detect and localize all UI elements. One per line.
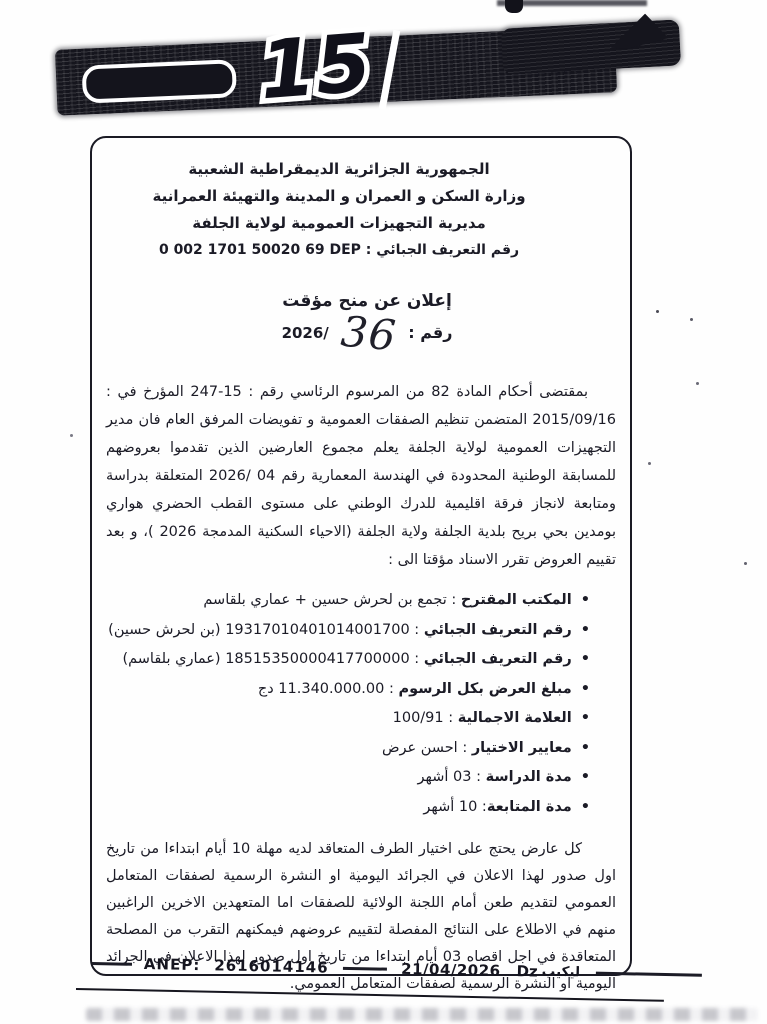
detail-separator: : <box>410 622 424 638</box>
detail-value: 18515350000417700000 (عماري بلقاسم) <box>122 651 409 667</box>
republic-line: الجمهورية الجزائرية الديمقراطية الشعبية <box>84 156 594 183</box>
detail-label: معايير الاختيار <box>472 740 572 756</box>
page-number-banner: 15 15 <box>50 8 660 120</box>
detail-label: مدة المتابعة <box>487 799 572 815</box>
number-year: 2026/ <box>282 318 329 348</box>
list-item-followup-duration: مدة المتابعة: 10 أشهر <box>106 793 590 823</box>
tax-id-line: رقم التعريف الجبائي : 0 002 1701 50020 6… <box>84 237 594 264</box>
number-label: رقم : <box>408 318 452 348</box>
detail-value: 100/91 <box>393 710 444 726</box>
title-block: إعلان عن منح مؤقت رقم : 36 2026/ <box>112 288 622 364</box>
handwritten-number: 36 <box>339 312 398 357</box>
newspaper-name-arabic: ليكيب <box>542 964 581 981</box>
detail-value: احسن عرض <box>382 740 458 756</box>
detail-separator: : <box>447 592 461 608</box>
detail-separator: : <box>477 799 487 815</box>
detail-separator: : <box>384 681 398 697</box>
detail-value: 03 أشهر <box>418 769 472 785</box>
page-number: 15 15 <box>256 12 394 126</box>
award-details-list: المكتب المقترح : تجمع بن لحرش حسين + عما… <box>106 586 590 822</box>
detail-separator: : <box>458 740 472 756</box>
list-item-selection-criteria: معايير الاختيار : احسن عرض <box>106 734 590 764</box>
detail-label: رقم التعريف الجبائي <box>424 622 572 638</box>
directorate-line: مديرية التجهيزات العمومية لولاية الجلفة <box>84 210 594 237</box>
list-item-study-duration: مدة الدراسة : 03 أشهر <box>106 763 590 793</box>
detail-separator: : <box>410 651 424 667</box>
banner-capsule-shape <box>82 59 237 103</box>
anep-label: ANEP: <box>144 955 201 974</box>
detail-label: مبلغ العرض بكل الرسوم <box>398 681 571 697</box>
list-item-proposed-office: المكتب المقترح : تجمع بن لحرش حسين + عما… <box>106 586 590 616</box>
detail-separator: : <box>444 710 458 726</box>
next-row-faint-content <box>86 1008 758 1021</box>
document-border-frame: الجمهورية الجزائرية الديمقراطية الشعبية … <box>90 136 632 976</box>
detail-value: 11.340.000.00 دج <box>258 681 385 697</box>
tax-id-label: رقم التعريف الجبائي : <box>366 242 519 258</box>
detail-label: المكتب المقترح <box>461 592 572 608</box>
footer-dash <box>596 971 702 976</box>
announcement-content: الجمهورية الجزائرية الديمقراطية الشعبية … <box>92 138 630 998</box>
scan-specks <box>656 310 659 313</box>
detail-label: مدة الدراسة <box>486 769 572 785</box>
footer-dash <box>92 962 132 966</box>
footer-dash <box>343 966 388 970</box>
page-number-digits: 15 <box>256 13 375 121</box>
announcement-number-row: رقم : 36 2026/ <box>112 318 622 364</box>
anep-number: 2616014146 <box>214 956 329 976</box>
newspaper-name-latin: Dz <box>516 962 538 980</box>
tax-id-value: 0 002 1701 50020 69 DEP <box>159 242 361 258</box>
detail-label: رقم التعريف الجبائي <box>424 651 572 667</box>
detail-value: 10 أشهر <box>423 799 477 815</box>
list-item-tax-id-1: رقم التعريف الجبائي : 193170104010140017… <box>106 616 590 646</box>
ministry-line: وزارة السكن و العمران و المدينة والتهيئة… <box>84 183 594 210</box>
intro-paragraph: بمقتضى أحكام المادة 82 من المرسوم الرئاس… <box>106 378 616 574</box>
publication-date: 21/04/2026 <box>401 960 501 980</box>
scanned-newspaper-page: 15 15 الجمهورية الجزائرية الديمقراطية ال… <box>0 0 767 1024</box>
detail-label: العلامة الاجمالية <box>458 710 572 726</box>
detail-value: تجمع بن لحرش حسين + عماري بلقاسم <box>203 592 446 608</box>
list-item-total-score: العلامة الاجمالية : 100/91 <box>106 704 590 734</box>
detail-value: 19317010401014001700 (بن لحرش حسين) <box>108 622 410 638</box>
list-item-offer-amount: مبلغ العرض بكل الرسوم : 11.340.000.00 دج <box>106 675 590 705</box>
official-letterhead: الجمهورية الجزائرية الديمقراطية الشعبية … <box>84 156 594 264</box>
list-item-tax-id-2: رقم التعريف الجبائي : 185153500004177000… <box>106 645 590 675</box>
detail-separator: : <box>471 769 485 785</box>
